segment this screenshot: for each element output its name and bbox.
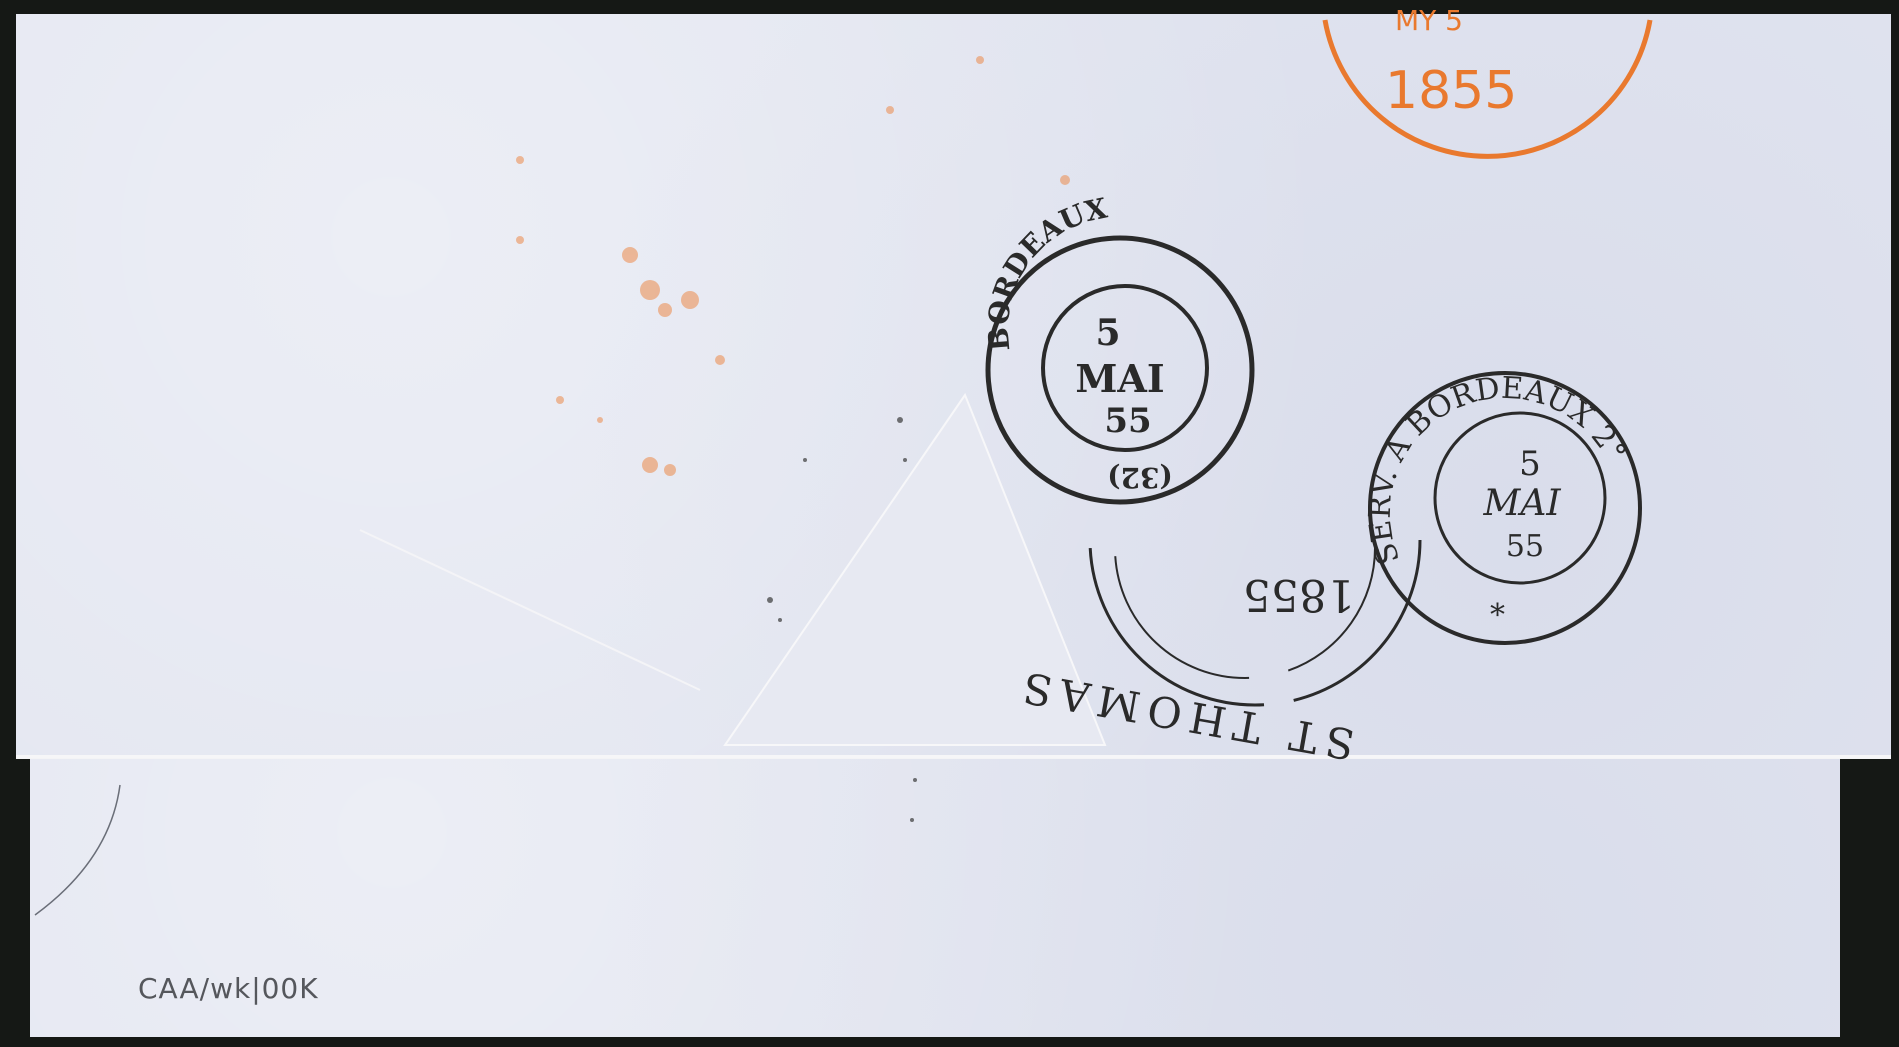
st-thomas-text: ST THOMAS xyxy=(1012,661,1359,769)
red-cds-1855: MY 5 1855 xyxy=(1325,4,1650,156)
transit-year: 55 xyxy=(1506,529,1544,564)
svg-text:BORDEAUX: BORDEAUX xyxy=(981,192,1110,353)
st-thomas-cds: 1855 ST THOMAS xyxy=(1012,375,1420,769)
transit-star: * xyxy=(1490,598,1505,633)
transit-bordeaux-cds: SERV. A BORDEAUX 2° 5 MAI 55 * xyxy=(1363,371,1640,643)
postal-markings: MY 5 1855 1855 ST THOMAS BORDEAUX 5 MAI … xyxy=(0,0,1899,1047)
bordeaux-year: 55 xyxy=(1104,401,1151,441)
bordeaux-office-number: (32) xyxy=(1107,461,1172,494)
bordeaux-text: BORDEAUX xyxy=(981,192,1110,353)
pencil-note: CAA/wk|00K xyxy=(138,972,319,1005)
transit-text: SERV. A BORDEAUX 2° xyxy=(1363,371,1633,569)
transit-month: MAI xyxy=(1482,483,1561,524)
transit-day: 5 xyxy=(1519,444,1541,484)
bordeaux-day: 5 xyxy=(1095,312,1120,354)
st-thomas-year: 1855 xyxy=(1243,569,1355,620)
bordeaux-month: MAI xyxy=(1075,356,1164,401)
svg-text:SERV. A BORDEAUX 2°: SERV. A BORDEAUX 2° xyxy=(1363,371,1633,569)
bordeaux-cds: BORDEAUX 5 MAI 55 (32) xyxy=(981,192,1252,502)
red-cds-month: MY 5 xyxy=(1395,4,1463,37)
red-offset-marks xyxy=(516,56,1070,476)
red-cds-year: 1855 xyxy=(1385,61,1517,121)
